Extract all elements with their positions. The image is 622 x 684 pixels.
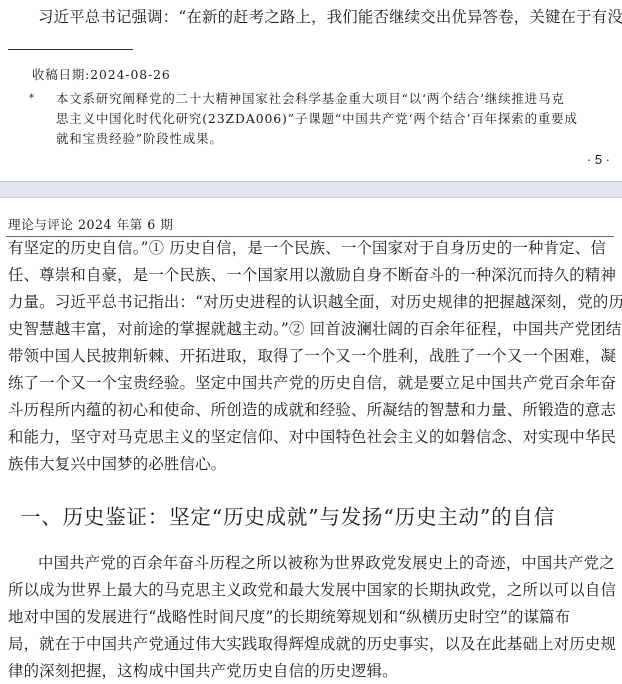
header-rule: [6, 236, 614, 237]
paragraph-line: 练了一个又一个宝贵经验。坚定中国共产党的历史自信，就是要立足中国共产党百余年奋: [8, 373, 614, 393]
running-head: 理论与评论 2024 年第 6 期: [8, 214, 173, 233]
page-separator: [0, 181, 622, 198]
paragraph-line: 局，就在于中国共产党通过伟大实践取得辉煌成就的历史事实，以及在此基础上对历史规: [8, 634, 614, 654]
footnote-divider: [8, 49, 133, 50]
funding-note-line: 本文系研究阐释党的二十大精神国家社会科学基金重大项目“以‘两个结合’继续推进马克: [56, 91, 614, 107]
paragraph-line: 有坚定的历史自信。”① 历史自信，是一个民族、一个国家对于自身历史的一种肯定、信: [8, 238, 614, 258]
page-5: 习近平总书记强调：“在新的赶考之路上，我们能否继续交出优异答卷，关键在于有没 收…: [0, 0, 622, 181]
paragraph-line: 史智慧越丰富，对前途的掌握就越主动。”② 回首波澜壮阔的百余年征程，中国共产党团…: [8, 319, 614, 339]
paragraph-line: 律的深刻把握，这构成中国共产党历史自信的历史逻辑。: [8, 661, 614, 681]
paragraph-line: 力量。习近平总书记指出：“对历史进程的认识越全面，对历史规律的把握越深刻，党的历: [8, 292, 614, 312]
received-date: 收稿日期:2024-08-26: [32, 67, 614, 83]
body-text-line: 习近平总书记强调：“在新的赶考之路上，我们能否继续交出优异答卷，关键在于有没: [38, 7, 614, 27]
paragraph-line: 中国共产党的百余年奋斗历程之所以被称为世界政党发展史上的奇迹，中国共产党之: [38, 553, 614, 573]
page-6: 理论与评论 2024 年第 6 期 有坚定的历史自信。”① 历史自信，是一个民族…: [0, 198, 622, 684]
funding-note-line: 思主义中国化时代化研究(23ZDA006)”子课题“中国共产党‘两个结合’百年探…: [56, 111, 614, 127]
section-heading: 一、历史鉴证：坚定“历史成就”与发扬“历史主动”的自信: [20, 500, 555, 530]
paragraph-line: 任、尊崇和自豪，是一个民族、一个国家用以激励自身不断奋斗的一种深沉而持久的精神: [8, 265, 614, 285]
paragraph-line: 和能力，坚守对马克思主义的坚定信仰、对中国特色社会主义的如磐信念、对实现中华民: [8, 427, 614, 447]
footnote-marker: *: [29, 93, 34, 104]
funding-note-line: 就和宝贵经验”阶段性成果。: [56, 131, 614, 147]
paragraph-line: 所以成为世界上最大的马克思主义政党和最大发展中国家的长期执政党，之所以可以自信: [8, 580, 614, 600]
paragraph-line: 带领中国人民披荆斩棘、开拓进取，取得了一个又一个胜利，战胜了一个又一个困难，凝: [8, 346, 614, 366]
paragraph-line: 族伟大复兴中国梦的必胜信心。: [8, 454, 614, 474]
paragraph-line: 地对中国的发展进行“战略性时间尺度”的长期统筹规划和“纵横历史时空”的谋篇布: [8, 607, 614, 627]
page-number: · 5 ·: [587, 152, 610, 167]
paragraph-line: 斗历程所内蕴的初心和使命、所创造的成就和经验、所凝结的智慧和力量、所锻造的意志: [8, 400, 614, 420]
